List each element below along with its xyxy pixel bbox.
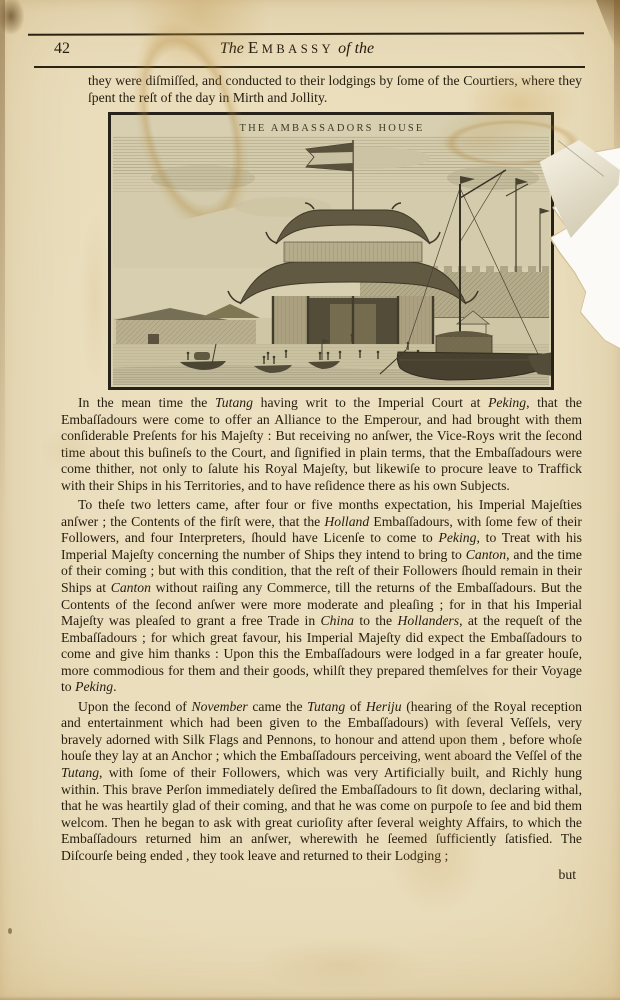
running-title-pre: The [220,40,244,57]
engraving-plate: THE AMBASSADORS HOUSE [108,112,554,390]
paragraph: To theſe two letters came, after four or… [61,497,582,696]
paragraph: Upon the ſecond of November came the Tut… [61,699,582,864]
engraving-title: THE AMBASSADORS HOUSE [239,123,424,134]
paragraph: they were diſmiſſed, and conducted to th… [88,73,582,106]
running-title-post: of the [338,40,374,57]
catchword: but [61,867,582,884]
intro-paragraph-block: they were diſmiſſed, and conducted to th… [88,73,582,106]
header-rule-bottom [34,66,585,68]
running-title: TheEmbassyof the [0,38,594,58]
engraving-illustration: THE AMBASSADORS HOUSE [108,112,554,390]
paragraph: In the mean time the Tutang having writ … [61,395,582,494]
running-title-caps: Embassy [248,38,334,58]
body-text-block: In the mean time the Tutang having writ … [61,395,582,884]
